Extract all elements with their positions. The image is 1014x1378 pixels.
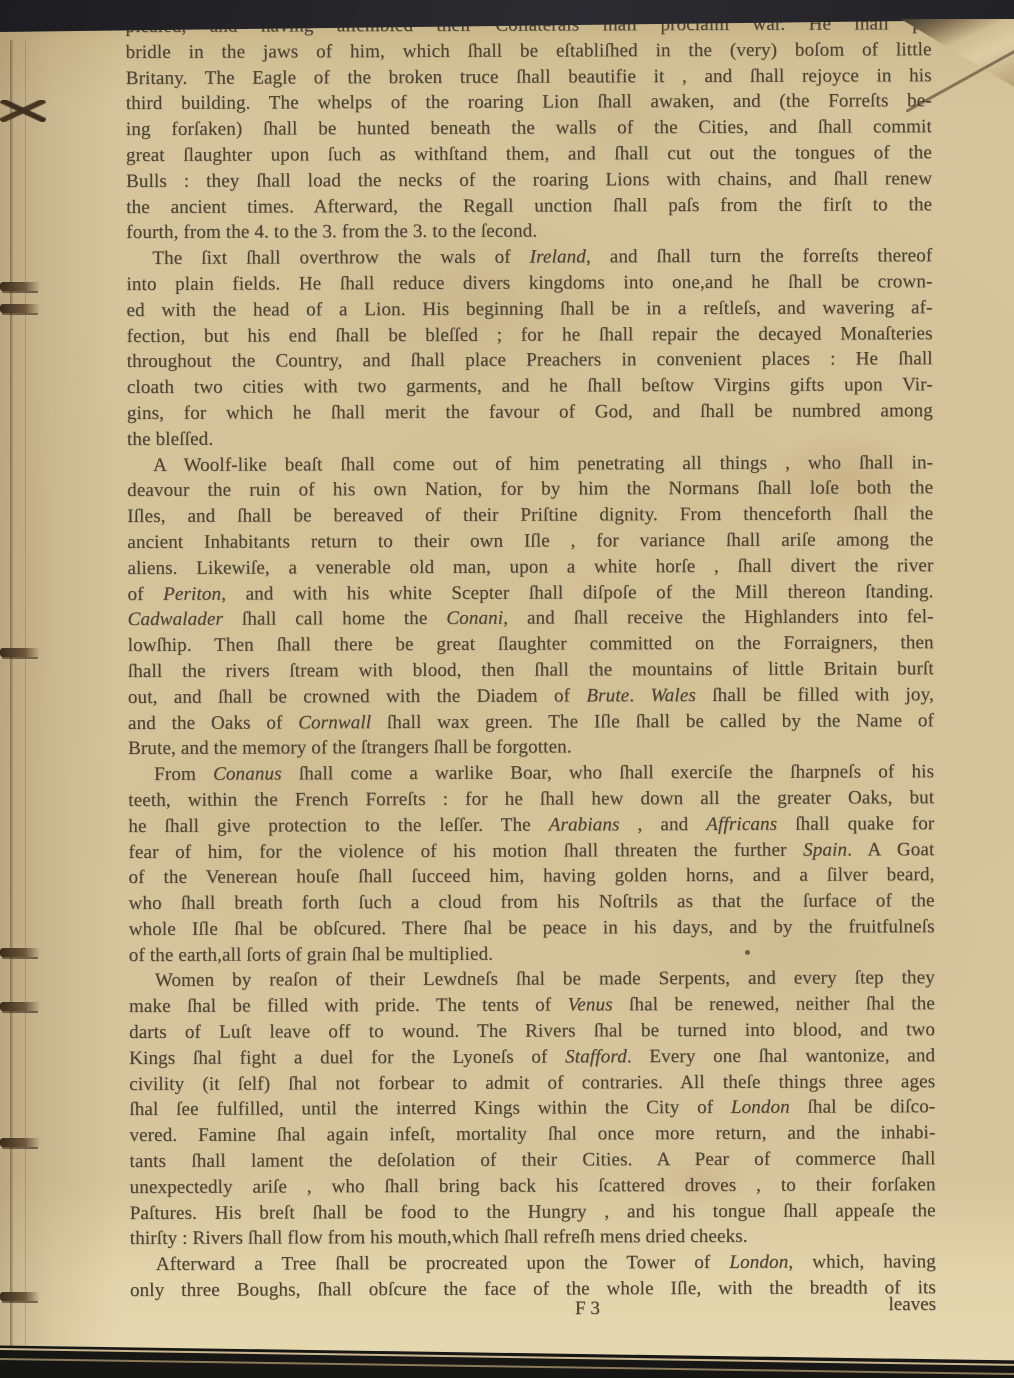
text-run: , and ſhall turn the forreſts thereof	[586, 245, 932, 267]
text-line: fear of him, for the violence of his mot…	[128, 837, 934, 866]
text-line: The ſixt ſhall overthrow the wals of Ire…	[126, 243, 932, 272]
binding-stitch	[0, 1138, 40, 1147]
paragraph: The ſixt ſhall overthrow the wals of Ire…	[126, 243, 933, 452]
italic-term: Cadwalader	[128, 609, 224, 630]
text-line: A Woolf-like beaſt ſhall come out of him…	[127, 450, 933, 479]
text-run: vered. Famine ſhal again infeſt, mortali…	[129, 1122, 935, 1146]
text-line: tants ſhall lament the deſolation of the…	[129, 1146, 935, 1175]
binding-stitch	[0, 948, 40, 957]
text-run: teeth, within the French Forreſts : for …	[128, 787, 934, 811]
text-line: third building. The whelps of the roarin…	[126, 89, 932, 118]
text-line: Brute, and the memory of the ſtrangers ſ…	[128, 734, 934, 763]
text-run: From	[154, 764, 213, 785]
text-run: , and	[620, 814, 707, 835]
text-run: ſhall come a warlike Boar, who ſhall exe…	[282, 761, 935, 784]
text-line: cloath two cities with two garments, and…	[127, 372, 933, 401]
binding-stitch	[0, 282, 40, 291]
text-run: Britany. The Eagle of the broken truce ſ…	[126, 65, 932, 89]
text-run: , and ſhall receive the Highlanders into…	[503, 607, 933, 630]
text-block: pleaſed, and having aſſembled their Coll…	[125, 11, 935, 1304]
text-run: ancient Inhabitants return to their own …	[127, 529, 933, 553]
text-line: of the Venerean houſe ſhall ſucceed him,…	[128, 862, 934, 891]
text-line: out, and ſhall be crowned with the Diade…	[128, 682, 934, 711]
text-run: ſhall the rivers ſtream with blood, then…	[128, 658, 934, 682]
italic-term: Conanus	[213, 764, 282, 785]
text-line: bridle in the jaws of him, which ſhall b…	[126, 37, 932, 66]
text-line: the ancient times. Afterward, the Regall…	[126, 192, 932, 221]
text-run: . Every one ſhal wantonize, and	[627, 1045, 935, 1067]
binding-stitch	[0, 100, 46, 122]
text-line: ing forſaken) ſhall be hunted beneath th…	[126, 114, 932, 143]
text-run: Brute, and the memory of the ſtrangers ſ…	[128, 737, 572, 760]
text-line: ſhal ſee fulfilled, until the interred K…	[129, 1095, 935, 1124]
text-line: vered. Famine ſhal again infeſt, mortali…	[129, 1120, 935, 1149]
text-run: third building. The whelps of the roarin…	[126, 91, 932, 115]
text-run: , and with his white Scepter ſhall diſpo…	[221, 581, 933, 604]
text-run: gins, for which he ſhall merit the favou…	[127, 400, 933, 424]
text-run: , which, having	[788, 1251, 936, 1273]
text-run: ſhal be diſco-	[790, 1097, 936, 1119]
text-run: Women by reaſon of their Lewdneſs ſhal b…	[155, 968, 935, 992]
text-line: who ſhall breath forth ſuch a cloud from…	[129, 888, 935, 917]
text-run: Afterward a Tree ſhall be procreated upo…	[156, 1252, 730, 1275]
text-line: gins, for which he ſhall merit the favou…	[127, 398, 933, 427]
text-line: fourth, from the 4. to the 3. from the 3…	[126, 218, 932, 247]
text-line: fection, but his end ſhall be bleſſed ; …	[127, 321, 933, 350]
paragraph: Women by reaſon of their Lewdneſs ſhal b…	[129, 966, 936, 1253]
text-line: of Periton, and with his white Scepter ſ…	[127, 579, 933, 608]
text-line: he ſhall give protection to the leſſer. …	[128, 811, 934, 840]
text-run: ſhall be filled with joy,	[696, 684, 934, 706]
paragraph: bridle in the jaws of him, which ſhall b…	[126, 37, 933, 246]
text-run: Paſtures. His breſt ſhall be food to the…	[130, 1200, 936, 1224]
italic-term: London	[731, 1097, 790, 1118]
text-line: Iſles, and ſhall be bereaved of their Pr…	[127, 501, 933, 530]
text-run: and the Oaks of	[128, 712, 298, 734]
text-line: thirſty : Rivers ſhall flow from his mou…	[130, 1224, 936, 1253]
italic-term: Cornwall	[298, 712, 371, 733]
text-run: of	[127, 583, 163, 604]
italic-term: Wales	[650, 685, 696, 706]
text-run: of the earth,all ſorts of grain ſhal be …	[129, 943, 493, 965]
text-run: of the Venerean houſe ſhall ſucceed him,…	[128, 864, 934, 888]
text-run: Kings ſhal fight a duel for the Lyoneſs …	[129, 1046, 565, 1069]
text-run: ing forſaken) ſhall be hunted beneath th…	[126, 116, 932, 140]
text-line: the bleſſed.	[127, 424, 933, 453]
text-run: bridle in the jaws of him, which ſhall b…	[126, 39, 932, 63]
binding-stitch	[0, 304, 40, 313]
text-line: Kings ſhal fight a duel for the Lyoneſs …	[129, 1043, 935, 1072]
text-run: The ſixt ſhall overthrow the wals of	[152, 247, 529, 269]
italic-term: Arabians	[549, 814, 620, 835]
text-run: lowſhip. Then ſhall there be great ſlaug…	[128, 632, 934, 656]
catchword: leaves	[889, 1294, 936, 1316]
text-line: civility (it ſelf) ſhal not forbear to a…	[129, 1069, 935, 1098]
text-run: ſhal ſee fulfilled, until the interred K…	[129, 1097, 731, 1120]
text-line: and the Oaks of Cornwall ſhall wax green…	[128, 708, 934, 737]
paragraph: From Conanus ſhall come a warlike Boar, …	[128, 759, 935, 968]
text-line: into plain fields. He ſhall reduce diver…	[126, 269, 932, 298]
text-line: ed with the head of a Lion. His beginnin…	[126, 295, 932, 324]
binding-stitch	[0, 648, 40, 657]
text-line: Bulls : they ſhall load the necks of the…	[126, 166, 932, 195]
text-run: Iſles, and ſhall be bereaved of their Pr…	[127, 503, 933, 527]
text-line: great ſlaughter upon ſuch as withſtand t…	[126, 140, 932, 169]
paragraph: A Woolf-like beaſt ſhall come out of him…	[127, 450, 934, 762]
italic-term: Periton	[163, 583, 221, 604]
text-run: ſhall call home the	[223, 608, 446, 630]
text-line: make ſhal be filled with pride. The tent…	[129, 991, 935, 1020]
text-run: darts of Luſt leave off to wound. The Ri…	[129, 1019, 935, 1043]
italic-term: Brute	[586, 685, 629, 706]
text-run: Bulls : they ſhall load the necks of the…	[126, 168, 932, 192]
text-run: out, and ſhall be crowned with the Diade…	[128, 685, 587, 708]
text-line: lowſhip. Then ſhall there be great ſlaug…	[128, 630, 934, 659]
italic-term: Affricans	[706, 813, 777, 834]
ink-speck	[745, 950, 750, 955]
text-line: Women by reaſon of their Lewdneſs ſhal b…	[129, 966, 935, 995]
text-run: into plain fields. He ſhall reduce diver…	[126, 271, 932, 295]
italic-term: London	[729, 1252, 788, 1273]
text-run: aliens. Likewiſe, a venerable old man, u…	[127, 555, 933, 579]
text-run: fourth, from the 4. to the 3. from the 3…	[126, 221, 537, 243]
text-run: the ancient times. Afterward, the Regall…	[126, 194, 932, 218]
text-run: great ſlaughter upon ſuch as withſtand t…	[126, 142, 932, 166]
text-run: ſhal be renewed, neither ſhal the	[613, 993, 935, 1015]
text-line: deavour the ruin of his own Nation, for …	[127, 476, 933, 505]
text-run: he ſhall give protection to the leſſer. …	[128, 814, 548, 836]
text-line: of the earth,all ſorts of grain ſhal be …	[129, 940, 935, 969]
text-run: .	[629, 685, 650, 706]
text-line: aliens. Likewiſe, a venerable old man, u…	[127, 553, 933, 582]
text-run: fear of him, for the violence of his mot…	[128, 839, 803, 862]
italic-term: Stafford	[565, 1046, 627, 1067]
text-run: civility (it ſelf) ſhal not forbear to a…	[129, 1071, 935, 1095]
text-line: ſhall the rivers ſtream with blood, then…	[128, 656, 934, 685]
text-run: throughout the Country, and ſhall place …	[127, 349, 933, 373]
text-run: the bleſſed.	[127, 428, 213, 449]
binding-stitch	[0, 1002, 40, 1011]
text-run: thirſty : Rivers ſhall flow from his mou…	[130, 1226, 748, 1249]
text-line: ancient Inhabitants return to their own …	[127, 527, 933, 556]
text-run: ſhall quake for	[777, 813, 934, 835]
text-run: cloath two cities with two garments, and…	[127, 374, 933, 398]
text-line: Afterward a Tree ſhall be procreated upo…	[130, 1249, 936, 1278]
text-line: Paſtures. His breſt ſhall be food to the…	[130, 1198, 936, 1227]
binding-stitch	[0, 1292, 40, 1301]
gutter-crease	[10, 40, 13, 1348]
text-line: Cadwalader ſhall call home the Conani, a…	[128, 605, 934, 634]
italic-term: Spain	[803, 839, 847, 860]
text-line: From Conanus ſhall come a warlike Boar, …	[128, 759, 934, 788]
text-line: teeth, within the French Forreſts : for …	[128, 785, 934, 814]
text-run: ed with the head of a Lion. His beginnin…	[126, 297, 932, 321]
text-run: whole Iſle ſhal be obſcured. There ſhal …	[129, 916, 935, 940]
italic-term: Conani	[446, 608, 503, 629]
page-footer: F 3 leaves	[130, 1294, 936, 1320]
text-run: . A Goat	[847, 839, 934, 860]
text-line: Britany. The Eagle of the broken truce ſ…	[126, 63, 932, 92]
text-run: tants ſhall lament the deſolation of the…	[129, 1148, 935, 1172]
italic-term: Venus	[568, 995, 613, 1016]
text-line: unexpectedly ariſe , who ſhall bring bac…	[130, 1172, 936, 1201]
italic-term: Ireland	[530, 247, 586, 268]
text-run: who ſhall breath forth ſuch a cloud from…	[129, 890, 935, 914]
text-run: unexpectedly ariſe , who ſhall bring bac…	[130, 1174, 936, 1198]
text-line: whole Iſle ſhal be obſcured. There ſhal …	[129, 914, 935, 943]
text-run: deavour the ruin of his own Nation, for …	[127, 478, 933, 502]
text-run: fection, but his end ſhall be bleſſed ; …	[127, 323, 933, 347]
gathering-signature: F 3	[575, 1298, 600, 1320]
text-run: make ſhal be filled with pride. The tent…	[129, 995, 568, 1018]
text-run: ſhall wax green. The Iſle ſhall be calle…	[371, 710, 934, 733]
text-line: darts of Luſt leave off to wound. The Ri…	[129, 1017, 935, 1046]
text-run: A Woolf-like beaſt ſhall come out of him…	[153, 452, 933, 476]
text-line: throughout the Country, and ſhall place …	[127, 347, 933, 376]
